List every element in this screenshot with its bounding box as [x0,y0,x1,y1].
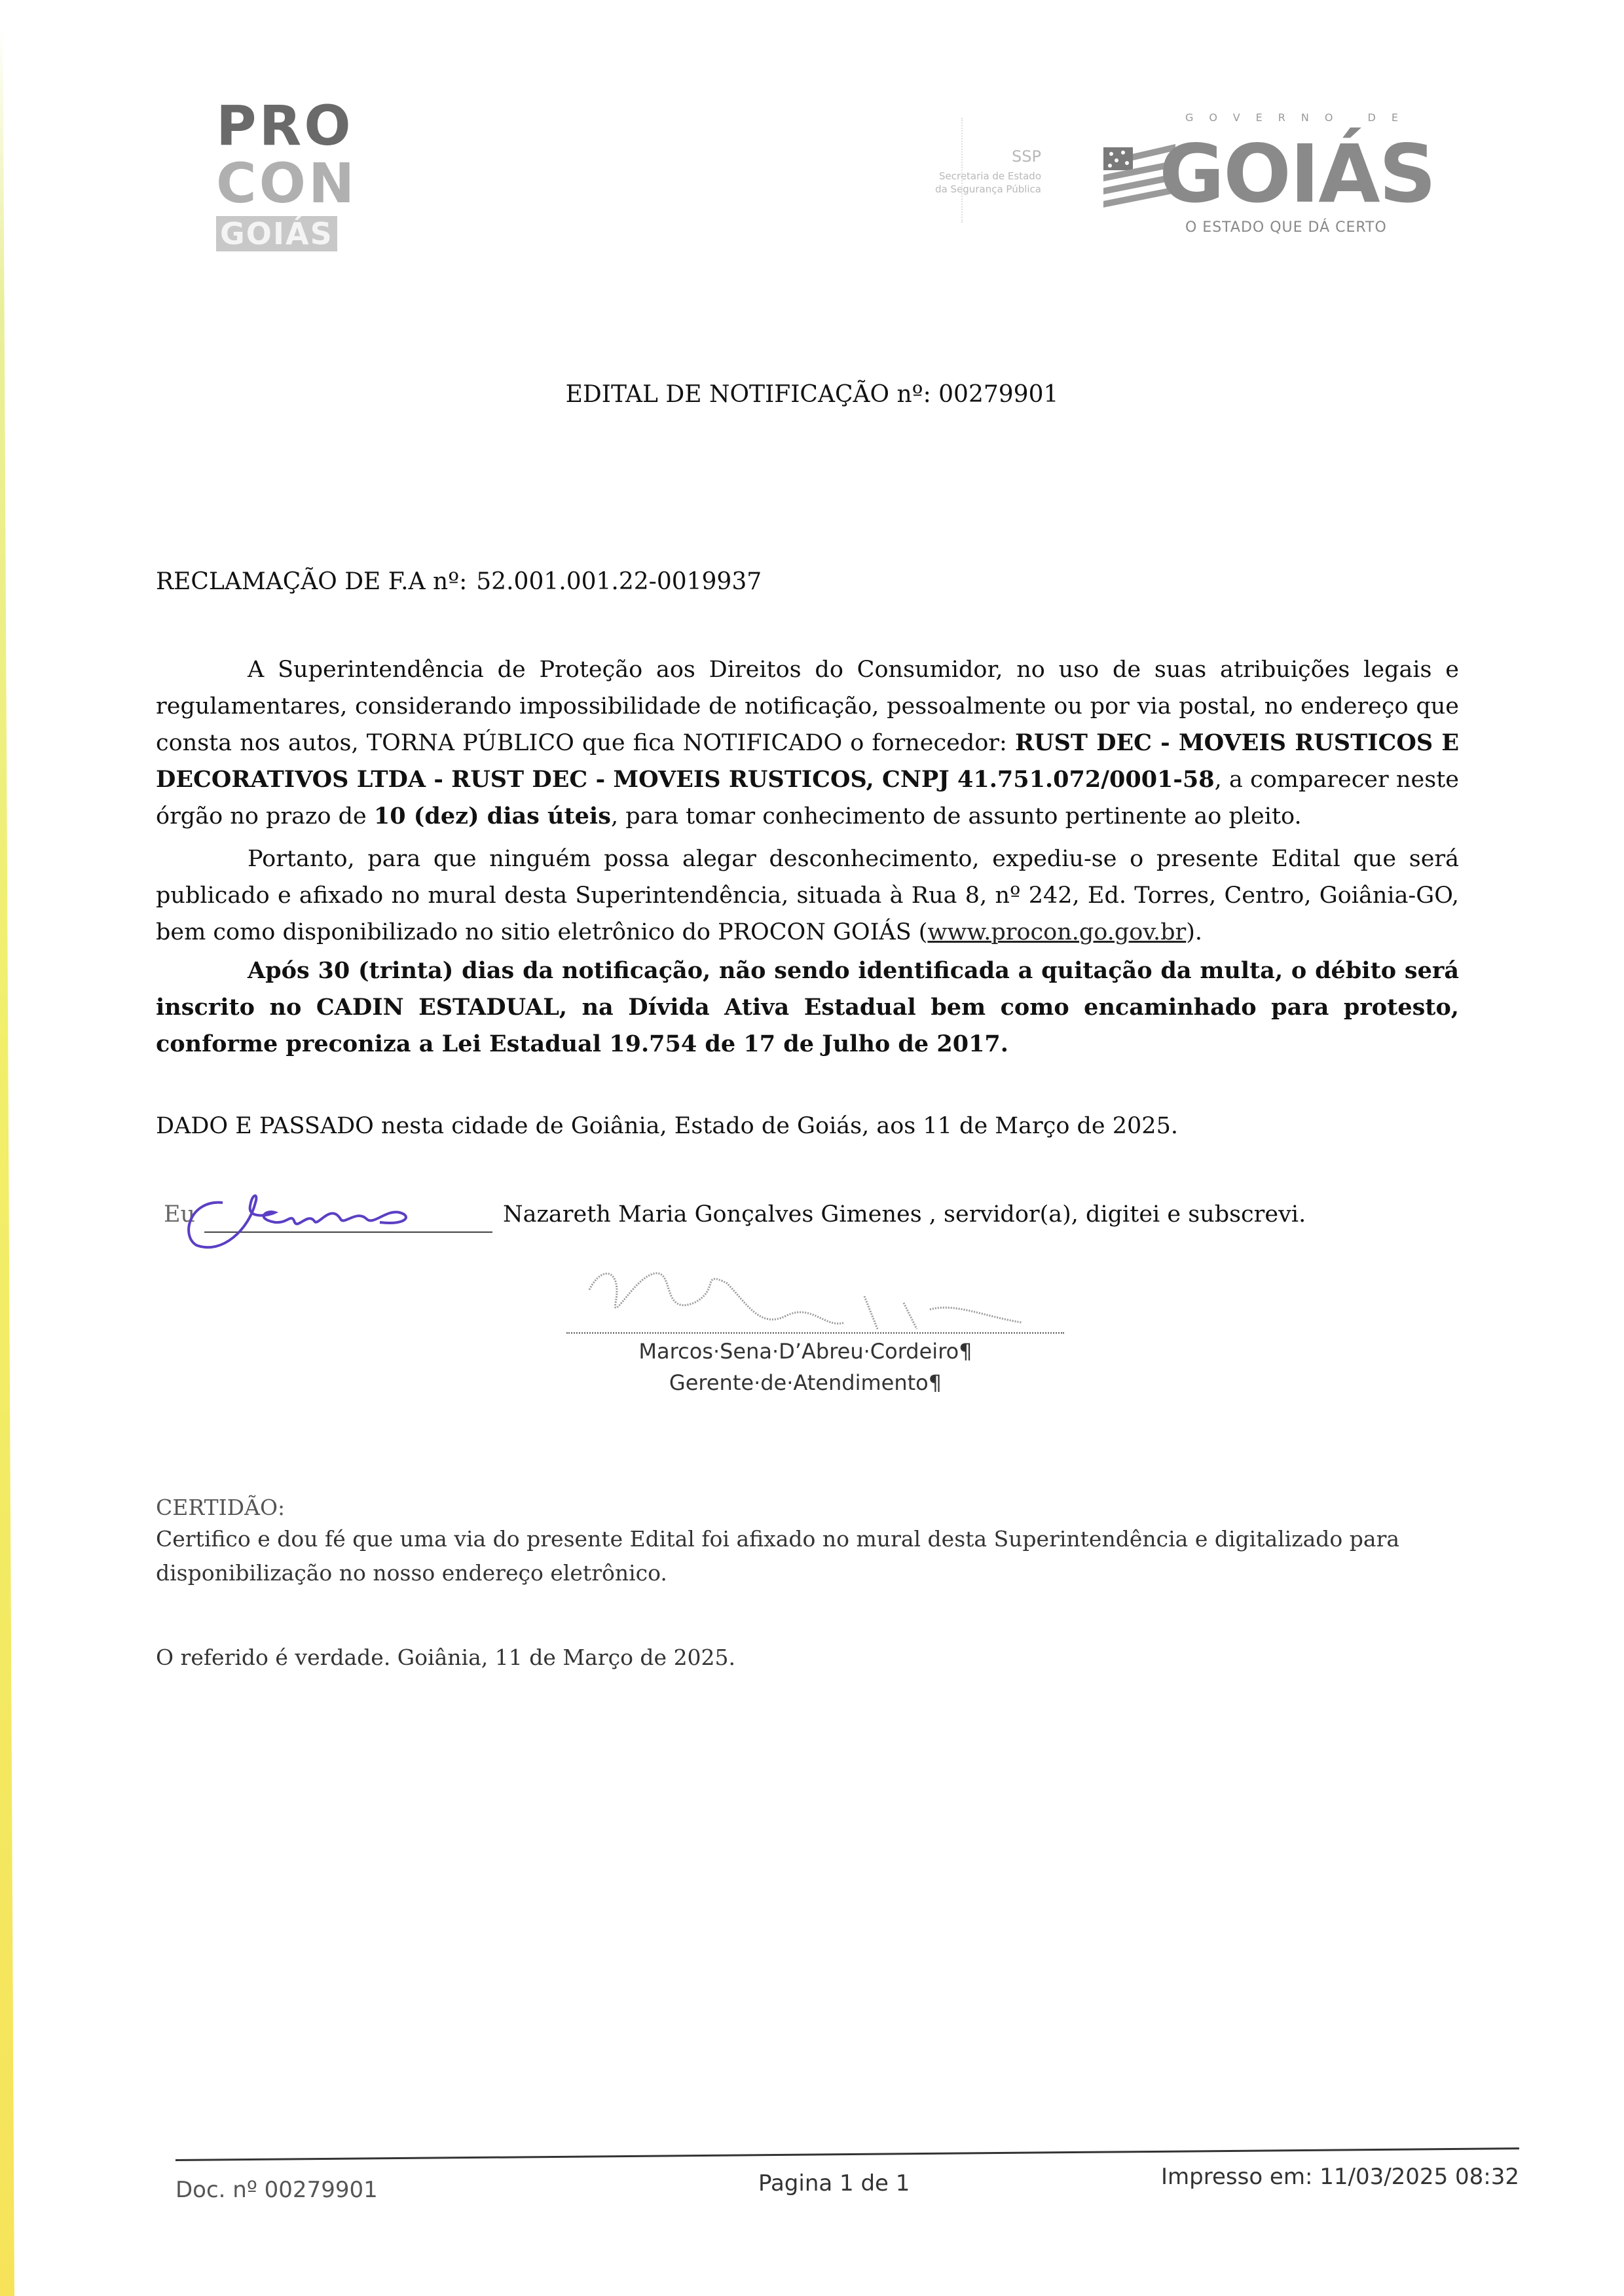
certidao-text: Certifico e dou fé que uma via do presen… [156,1522,1433,1590]
procon-goias-logo: PRO CON GOIÁS [216,98,373,251]
ssp-line-2: da Segurança Pública [851,183,1041,196]
paragraph2-text-b: ). [1186,919,1202,945]
issued-statement: DADO E PASSADO nesta cidade de Goiânia, … [156,1113,1178,1139]
deadline: 10 (dez) dias úteis [374,803,611,829]
goias-logo-slogan: O ESTADO QUE DÁ CERTO [1185,219,1387,236]
logo-line-goias: GOIÁS [216,216,337,251]
scan-edge-strip [0,26,14,2296]
ssp-logo: SSP Secretaria de Estado da Segurança Pú… [851,147,1041,196]
ssp-line-1: Secretaria de Estado [851,170,1041,183]
paragraph3-text: Após 30 (trinta) dias da notificação, nã… [156,957,1459,1057]
footer-divider [175,2147,1519,2161]
notification-paragraph: A Superintendência de Proteção aos Direi… [156,651,1459,835]
claim-label: RECLAMAÇÃO DE F.A nº: [156,568,467,595]
paragraph1-text-c: , para tomar conhecimento de assunto per… [611,803,1302,829]
claim-number: 52.001.001.22-0019937 [476,568,762,595]
footer-doc-number: Doc. nº 00279901 [175,2177,378,2203]
paragraph2-text: Portanto, para que ninguém possa alegar … [156,846,1459,945]
certidao-title: CERTIDÃO: [156,1495,285,1520]
claim-reference: RECLAMAÇÃO DE F.A nº:52.001.001.22-00199… [156,568,762,595]
signer-block: Marcos·Sena·D’Abreu·Cordeiro¶ Gerente·de… [602,1336,1008,1398]
certidao-closing: O referido é verdade. Goiânia, 11 de Mar… [156,1645,735,1670]
signer-name: Marcos·Sena·D’Abreu·Cordeiro¶ [602,1336,1008,1367]
ssp-full-name: Secretaria de Estado da Segurança Públic… [851,170,1041,196]
header-divider [961,118,964,223]
signer-role: Gerente·de·Atendimento¶ [602,1367,1008,1398]
ssp-abbr: SSP [851,147,1041,166]
goias-logo-top: GOVERNO DE [1185,111,1414,124]
typist-signature-line: Eu Nazareth Maria Gonçalves Gimenes , se… [164,1201,1408,1247]
footer-page-number: Pagina 1 de 1 [758,2170,910,2196]
goias-logo-name: GOIÁS [1159,128,1435,221]
manager-signature-icon [563,1264,1061,1342]
document-title: EDITAL DE NOTIFICAÇÃO nº: 00279901 [0,381,1624,408]
logo-line-pro: PRO [216,98,373,153]
debt-warning-paragraph: Após 30 (trinta) dias da notificação, nã… [156,953,1459,1063]
handwritten-signature-icon [177,1190,452,1255]
procon-website-link[interactable]: www.procon.go.gov.br [927,919,1186,945]
typist-statement: Nazareth Maria Gonçalves Gimenes , servi… [503,1201,1306,1228]
manager-signature-line [566,1332,1064,1334]
logo-line-con: CON [216,156,373,211]
footer-printed-date: Impresso em: 11/03/2025 08:32 [1161,2164,1519,2190]
publication-paragraph: Portanto, para que ninguém possa alegar … [156,841,1459,951]
